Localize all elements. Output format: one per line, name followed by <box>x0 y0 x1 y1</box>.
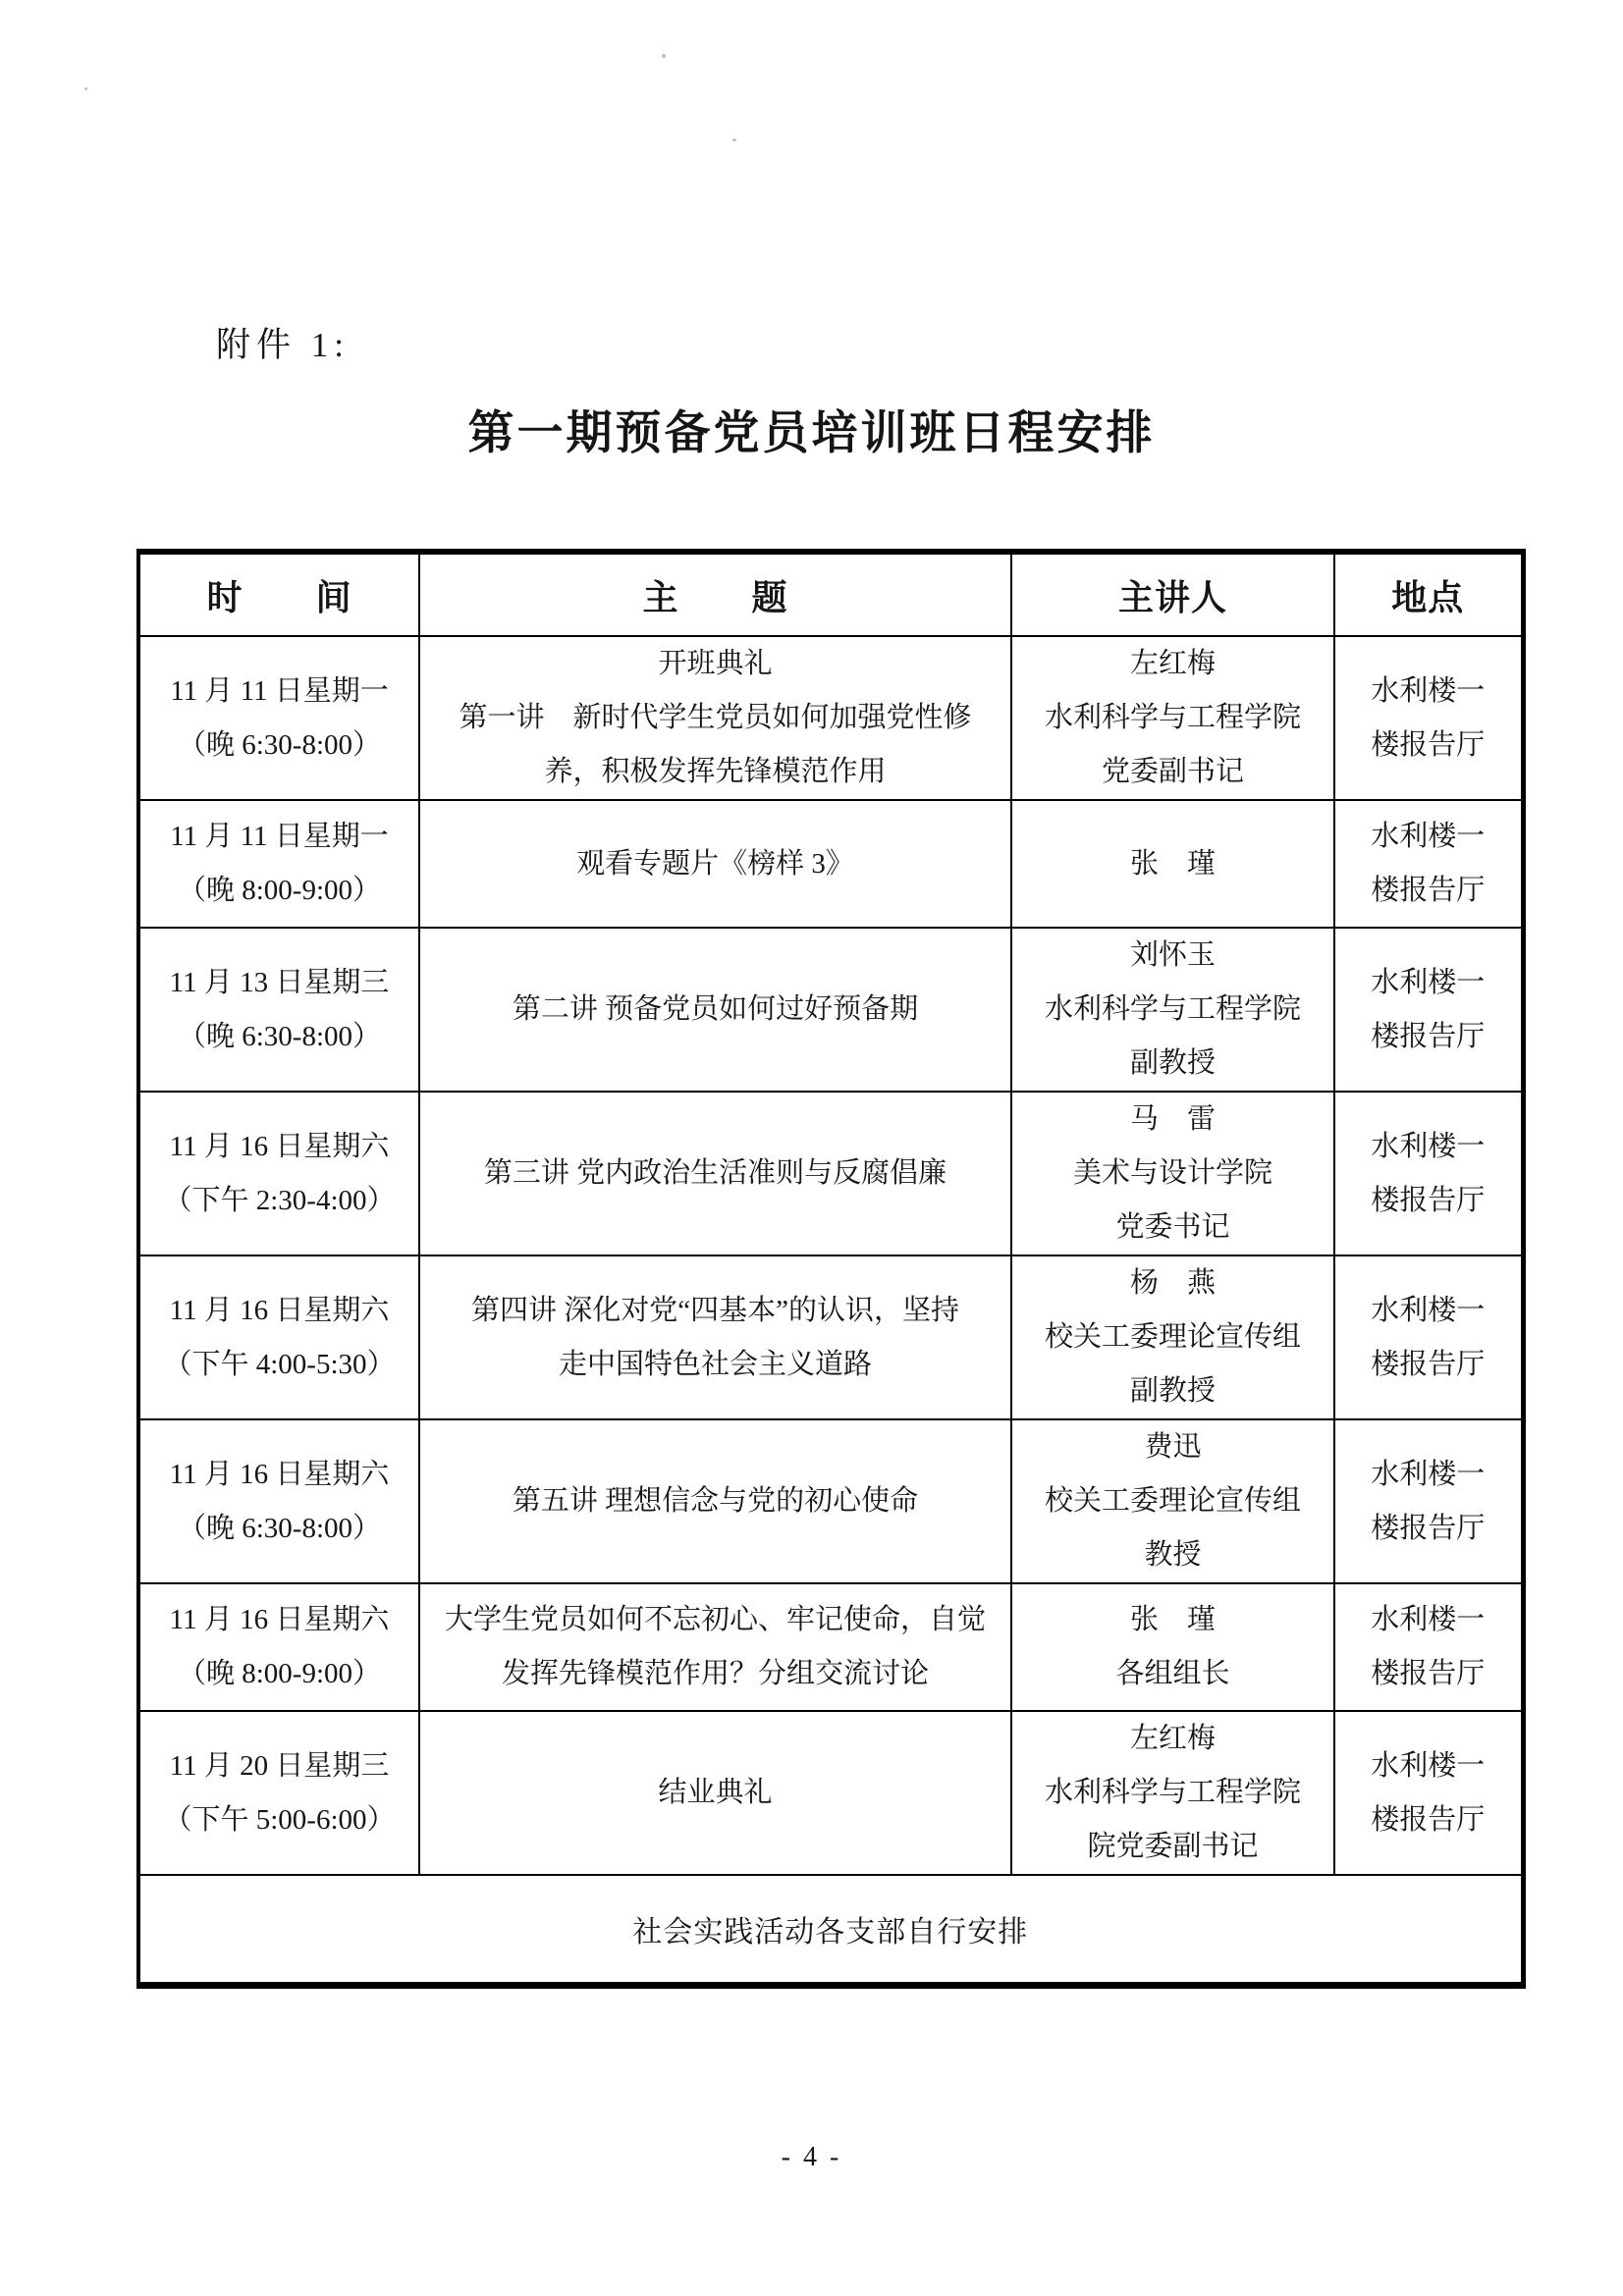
schedule-row: 11 月 13 日星期三（晚 6:30-8:00）第二讲 预备党员如何过好预备期… <box>138 928 1523 1092</box>
time-cell-line: 11 月 11 日星期一 <box>140 810 418 864</box>
speaker-cell-line: 张 瑾 <box>1012 837 1333 891</box>
time-cell-line: （下午 5:00-6:00） <box>140 1793 418 1847</box>
time-cell: 11 月 16 日星期六（晚 6:30-8:00） <box>138 1419 419 1583</box>
location-cell: 水利楼一楼报告厅 <box>1334 636 1523 800</box>
speaker-cell-line: 左红梅 <box>1012 637 1333 691</box>
location-cell-line: 楼报告厅 <box>1335 1174 1521 1228</box>
location-cell: 水利楼一楼报告厅 <box>1334 1583 1523 1711</box>
topic-cell-line: 第五讲 理想信念与党的初心使命 <box>420 1474 1010 1528</box>
location-cell: 水利楼一楼报告厅 <box>1334 800 1523 928</box>
topic-cell-line: 观看专题片《榜样 3》 <box>420 837 1010 891</box>
topic-cell: 结业典礼 <box>419 1711 1011 1875</box>
speaker-cell-line: 党委副书记 <box>1012 745 1333 799</box>
topic-cell: 观看专题片《榜样 3》 <box>419 800 1011 928</box>
topic-cell: 第二讲 预备党员如何过好预备期 <box>419 928 1011 1092</box>
topic-cell-line: 养，积极发挥先锋模范作用 <box>420 745 1010 799</box>
time-cell-line: 11 月 13 日星期三 <box>140 956 418 1010</box>
attachment-label: 附件 1: <box>216 318 350 367</box>
topic-cell: 第五讲 理想信念与党的初心使命 <box>419 1419 1011 1583</box>
topic-cell: 开班典礼第一讲 新时代学生党员如何加强党性修养，积极发挥先锋模范作用 <box>419 636 1011 800</box>
speaker-cell: 杨 燕校关工委理论宣传组副教授 <box>1011 1255 1334 1419</box>
topic-cell-line: 大学生党员如何不忘初心、牢记使命，自觉 <box>420 1593 1010 1647</box>
time-cell: 11 月 13 日星期三（晚 6:30-8:00） <box>138 928 419 1092</box>
location-cell-line: 楼报告厅 <box>1335 1338 1521 1392</box>
speaker-cell-line: 各组组长 <box>1012 1647 1333 1701</box>
schedule-row: 11 月 20 日星期三（下午 5:00-6:00）结业典礼左红梅水利科学与工程… <box>138 1711 1523 1875</box>
schedule-table-wrap: 时 间主 题主讲人地点 11 月 11 日星期一（晚 6:30-8:00）开班典… <box>136 549 1526 1989</box>
speaker-cell: 左红梅水利科学与工程学院院党委副书记 <box>1011 1711 1334 1875</box>
speaker-cell: 张 瑾 <box>1011 800 1334 928</box>
location-cell-line: 水利楼一 <box>1335 1120 1521 1174</box>
speaker-cell-line: 马 雷 <box>1012 1093 1333 1147</box>
location-cell-line: 楼报告厅 <box>1335 1647 1521 1701</box>
time-cell-line: 11 月 16 日星期六 <box>140 1120 418 1174</box>
speaker-cell: 张 瑾各组组长 <box>1011 1583 1334 1711</box>
schedule-row: 11 月 16 日星期六（晚 6:30-8:00）第五讲 理想信念与党的初心使命… <box>138 1419 1523 1583</box>
location-cell-line: 水利楼一 <box>1335 810 1521 864</box>
col-header-time: 时 间 <box>138 552 419 636</box>
topic-cell-line: 第二讲 预备党员如何过好预备期 <box>420 983 1010 1037</box>
time-cell-line: （下午 2:30-4:00） <box>140 1174 418 1228</box>
speaker-cell-line: 刘怀玉 <box>1012 929 1333 983</box>
header-row: 时 间主 题主讲人地点 <box>138 552 1523 636</box>
speaker-cell-line: 副教授 <box>1012 1037 1333 1091</box>
speaker-cell-line: 费迅 <box>1012 1420 1333 1474</box>
location-cell-line: 水利楼一 <box>1335 956 1521 1010</box>
scan-speck <box>732 138 736 141</box>
location-cell-line: 水利楼一 <box>1335 665 1521 719</box>
page-title: 第一期预备党员培训班日程安排 <box>0 397 1623 462</box>
location-cell-line: 楼报告厅 <box>1335 1010 1521 1064</box>
table-body: 11 月 11 日星期一（晚 6:30-8:00）开班典礼第一讲 新时代学生党员… <box>138 636 1523 1985</box>
col-header-topic: 主 题 <box>419 552 1011 636</box>
col-header-location: 地点 <box>1334 552 1523 636</box>
time-cell-line: （晚 6:30-8:00） <box>140 719 418 773</box>
time-cell-line: 11 月 16 日星期六 <box>140 1448 418 1502</box>
page-number: - 4 - <box>0 2142 1623 2173</box>
speaker-cell-line: 张 瑾 <box>1012 1593 1333 1647</box>
scan-speck <box>662 54 666 58</box>
topic-cell-line: 第三讲 党内政治生活准则与反腐倡廉 <box>420 1147 1010 1201</box>
location-cell: 水利楼一楼报告厅 <box>1334 1255 1523 1419</box>
location-cell-line: 楼报告厅 <box>1335 1502 1521 1556</box>
speaker-cell-line: 杨 燕 <box>1012 1256 1333 1310</box>
time-cell: 11 月 11 日星期一（晚 6:30-8:00） <box>138 636 419 800</box>
topic-cell: 大学生党员如何不忘初心、牢记使命，自觉发挥先锋模范作用？分组交流讨论 <box>419 1583 1011 1711</box>
scan-speck <box>84 87 87 90</box>
location-cell: 水利楼一楼报告厅 <box>1334 1711 1523 1875</box>
speaker-cell-line: 水利科学与工程学院 <box>1012 983 1333 1037</box>
schedule-row: 11 月 16 日星期六（晚 8:00-9:00）大学生党员如何不忘初心、牢记使… <box>138 1583 1523 1711</box>
location-cell: 水利楼一楼报告厅 <box>1334 1092 1523 1255</box>
time-cell-line: （晚 6:30-8:00） <box>140 1502 418 1556</box>
location-cell: 水利楼一楼报告厅 <box>1334 928 1523 1092</box>
speaker-cell-line: 党委书记 <box>1012 1201 1333 1255</box>
time-cell: 11 月 20 日星期三（下午 5:00-6:00） <box>138 1711 419 1875</box>
speaker-cell: 费迅校关工委理论宣传组教授 <box>1011 1419 1334 1583</box>
time-cell-line: （下午 4:00-5:30） <box>140 1338 418 1392</box>
schedule-row: 11 月 11 日星期一（晚 6:30-8:00）开班典礼第一讲 新时代学生党员… <box>138 636 1523 800</box>
speaker-cell-line: 院党委副书记 <box>1012 1820 1333 1874</box>
speaker-cell: 刘怀玉水利科学与工程学院副教授 <box>1011 928 1334 1092</box>
topic-cell: 第四讲 深化对党“四基本”的认识，坚持走中国特色社会主义道路 <box>419 1255 1011 1419</box>
time-cell-line: 11 月 11 日星期一 <box>140 665 418 719</box>
speaker-cell: 左红梅水利科学与工程学院党委副书记 <box>1011 636 1334 800</box>
speaker-cell-line: 校关工委理论宣传组 <box>1012 1310 1333 1364</box>
speaker-cell-line: 水利科学与工程学院 <box>1012 1766 1333 1820</box>
time-cell-line: （晚 8:00-9:00） <box>140 1647 418 1701</box>
speaker-cell-line: 美术与设计学院 <box>1012 1147 1333 1201</box>
merged-note-cell: 社会实践活动各支部自行安排 <box>138 1875 1523 1985</box>
topic-cell-line: 第四讲 深化对党“四基本”的认识，坚持 <box>420 1284 1010 1338</box>
document-page: 附件 1: 第一期预备党员培训班日程安排 时 间主 题主讲人地点 11 月 11… <box>0 0 1623 2296</box>
location-cell: 水利楼一楼报告厅 <box>1334 1419 1523 1583</box>
time-cell: 11 月 16 日星期六（晚 8:00-9:00） <box>138 1583 419 1711</box>
col-header-speaker: 主讲人 <box>1011 552 1334 636</box>
schedule-table: 时 间主 题主讲人地点 11 月 11 日星期一（晚 6:30-8:00）开班典… <box>136 549 1526 1989</box>
topic-cell-line: 开班典礼 <box>420 637 1010 691</box>
time-cell: 11 月 16 日星期六（下午 4:00-5:30） <box>138 1255 419 1419</box>
topic-cell-line: 走中国特色社会主义道路 <box>420 1338 1010 1392</box>
speaker-cell-line: 教授 <box>1012 1528 1333 1582</box>
topic-cell: 第三讲 党内政治生活准则与反腐倡廉 <box>419 1092 1011 1255</box>
time-cell-line: （晚 8:00-9:00） <box>140 864 418 918</box>
time-cell-line: 11 月 16 日星期六 <box>140 1284 418 1338</box>
merged-note-row: 社会实践活动各支部自行安排 <box>138 1875 1523 1985</box>
time-cell-line: 11 月 20 日星期三 <box>140 1739 418 1793</box>
location-cell-line: 水利楼一 <box>1335 1739 1521 1793</box>
table-header: 时 间主 题主讲人地点 <box>138 552 1523 636</box>
topic-cell-line: 第一讲 新时代学生党员如何加强党性修 <box>420 691 1010 745</box>
schedule-row: 11 月 11 日星期一（晚 8:00-9:00）观看专题片《榜样 3》张 瑾水… <box>138 800 1523 928</box>
speaker-cell-line: 校关工委理论宣传组 <box>1012 1474 1333 1528</box>
time-cell-line: 11 月 16 日星期六 <box>140 1593 418 1647</box>
time-cell-line: （晚 6:30-8:00） <box>140 1010 418 1064</box>
location-cell-line: 水利楼一 <box>1335 1448 1521 1502</box>
schedule-row: 11 月 16 日星期六（下午 2:30-4:00）第三讲 党内政治生活准则与反… <box>138 1092 1523 1255</box>
time-cell: 11 月 11 日星期一（晚 8:00-9:00） <box>138 800 419 928</box>
speaker-cell-line: 水利科学与工程学院 <box>1012 691 1333 745</box>
location-cell-line: 楼报告厅 <box>1335 864 1521 918</box>
speaker-cell: 马 雷美术与设计学院党委书记 <box>1011 1092 1334 1255</box>
location-cell-line: 水利楼一 <box>1335 1284 1521 1338</box>
speaker-cell-line: 左红梅 <box>1012 1712 1333 1766</box>
location-cell-line: 楼报告厅 <box>1335 719 1521 773</box>
time-cell: 11 月 16 日星期六（下午 2:30-4:00） <box>138 1092 419 1255</box>
speaker-cell-line: 副教授 <box>1012 1364 1333 1418</box>
topic-cell-line: 发挥先锋模范作用？分组交流讨论 <box>420 1647 1010 1701</box>
location-cell-line: 水利楼一 <box>1335 1593 1521 1647</box>
topic-cell-line: 结业典礼 <box>420 1766 1010 1820</box>
location-cell-line: 楼报告厅 <box>1335 1793 1521 1847</box>
schedule-row: 11 月 16 日星期六（下午 4:00-5:30）第四讲 深化对党“四基本”的… <box>138 1255 1523 1419</box>
